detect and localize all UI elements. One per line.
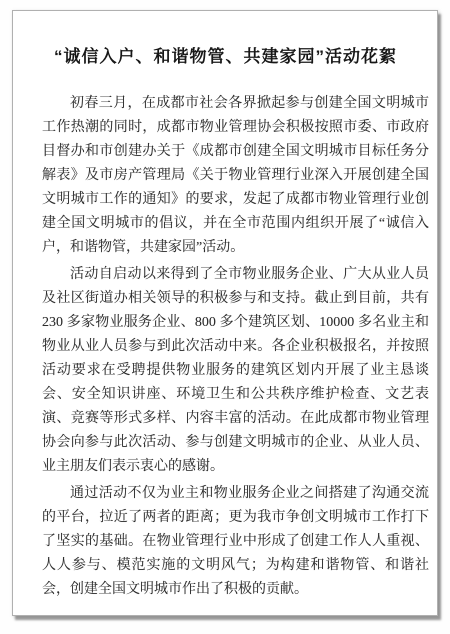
document-viewer: “诚信入户、和谐物管、共建家园”活动花絮 初春三月，在成都市社会各界掀起参与创建… (0, 0, 450, 634)
document-paragraph-2: 活动自启动以来得到了全市物业服务企业、广大从业人员及社区街道办相关领导的积极参与… (42, 263, 429, 479)
document-page: “诚信入户、和谐物管、共建家园”活动花絮 初春三月，在成都市社会各界掀起参与创建… (12, 10, 438, 616)
document-paragraph-3: 通过活动不仅为业主和物业服务企业之间搭建了沟通交流的平台，拉近了两者的距离；更为… (42, 482, 429, 602)
document-title: “诚信入户、和谐物管、共建家园”活动花絮 (32, 44, 419, 69)
document-paragraph-1: 初春三月，在成都市社会各界掀起参与创建全国文明城市工作热潮的同时，成都市物业管理… (42, 92, 429, 260)
